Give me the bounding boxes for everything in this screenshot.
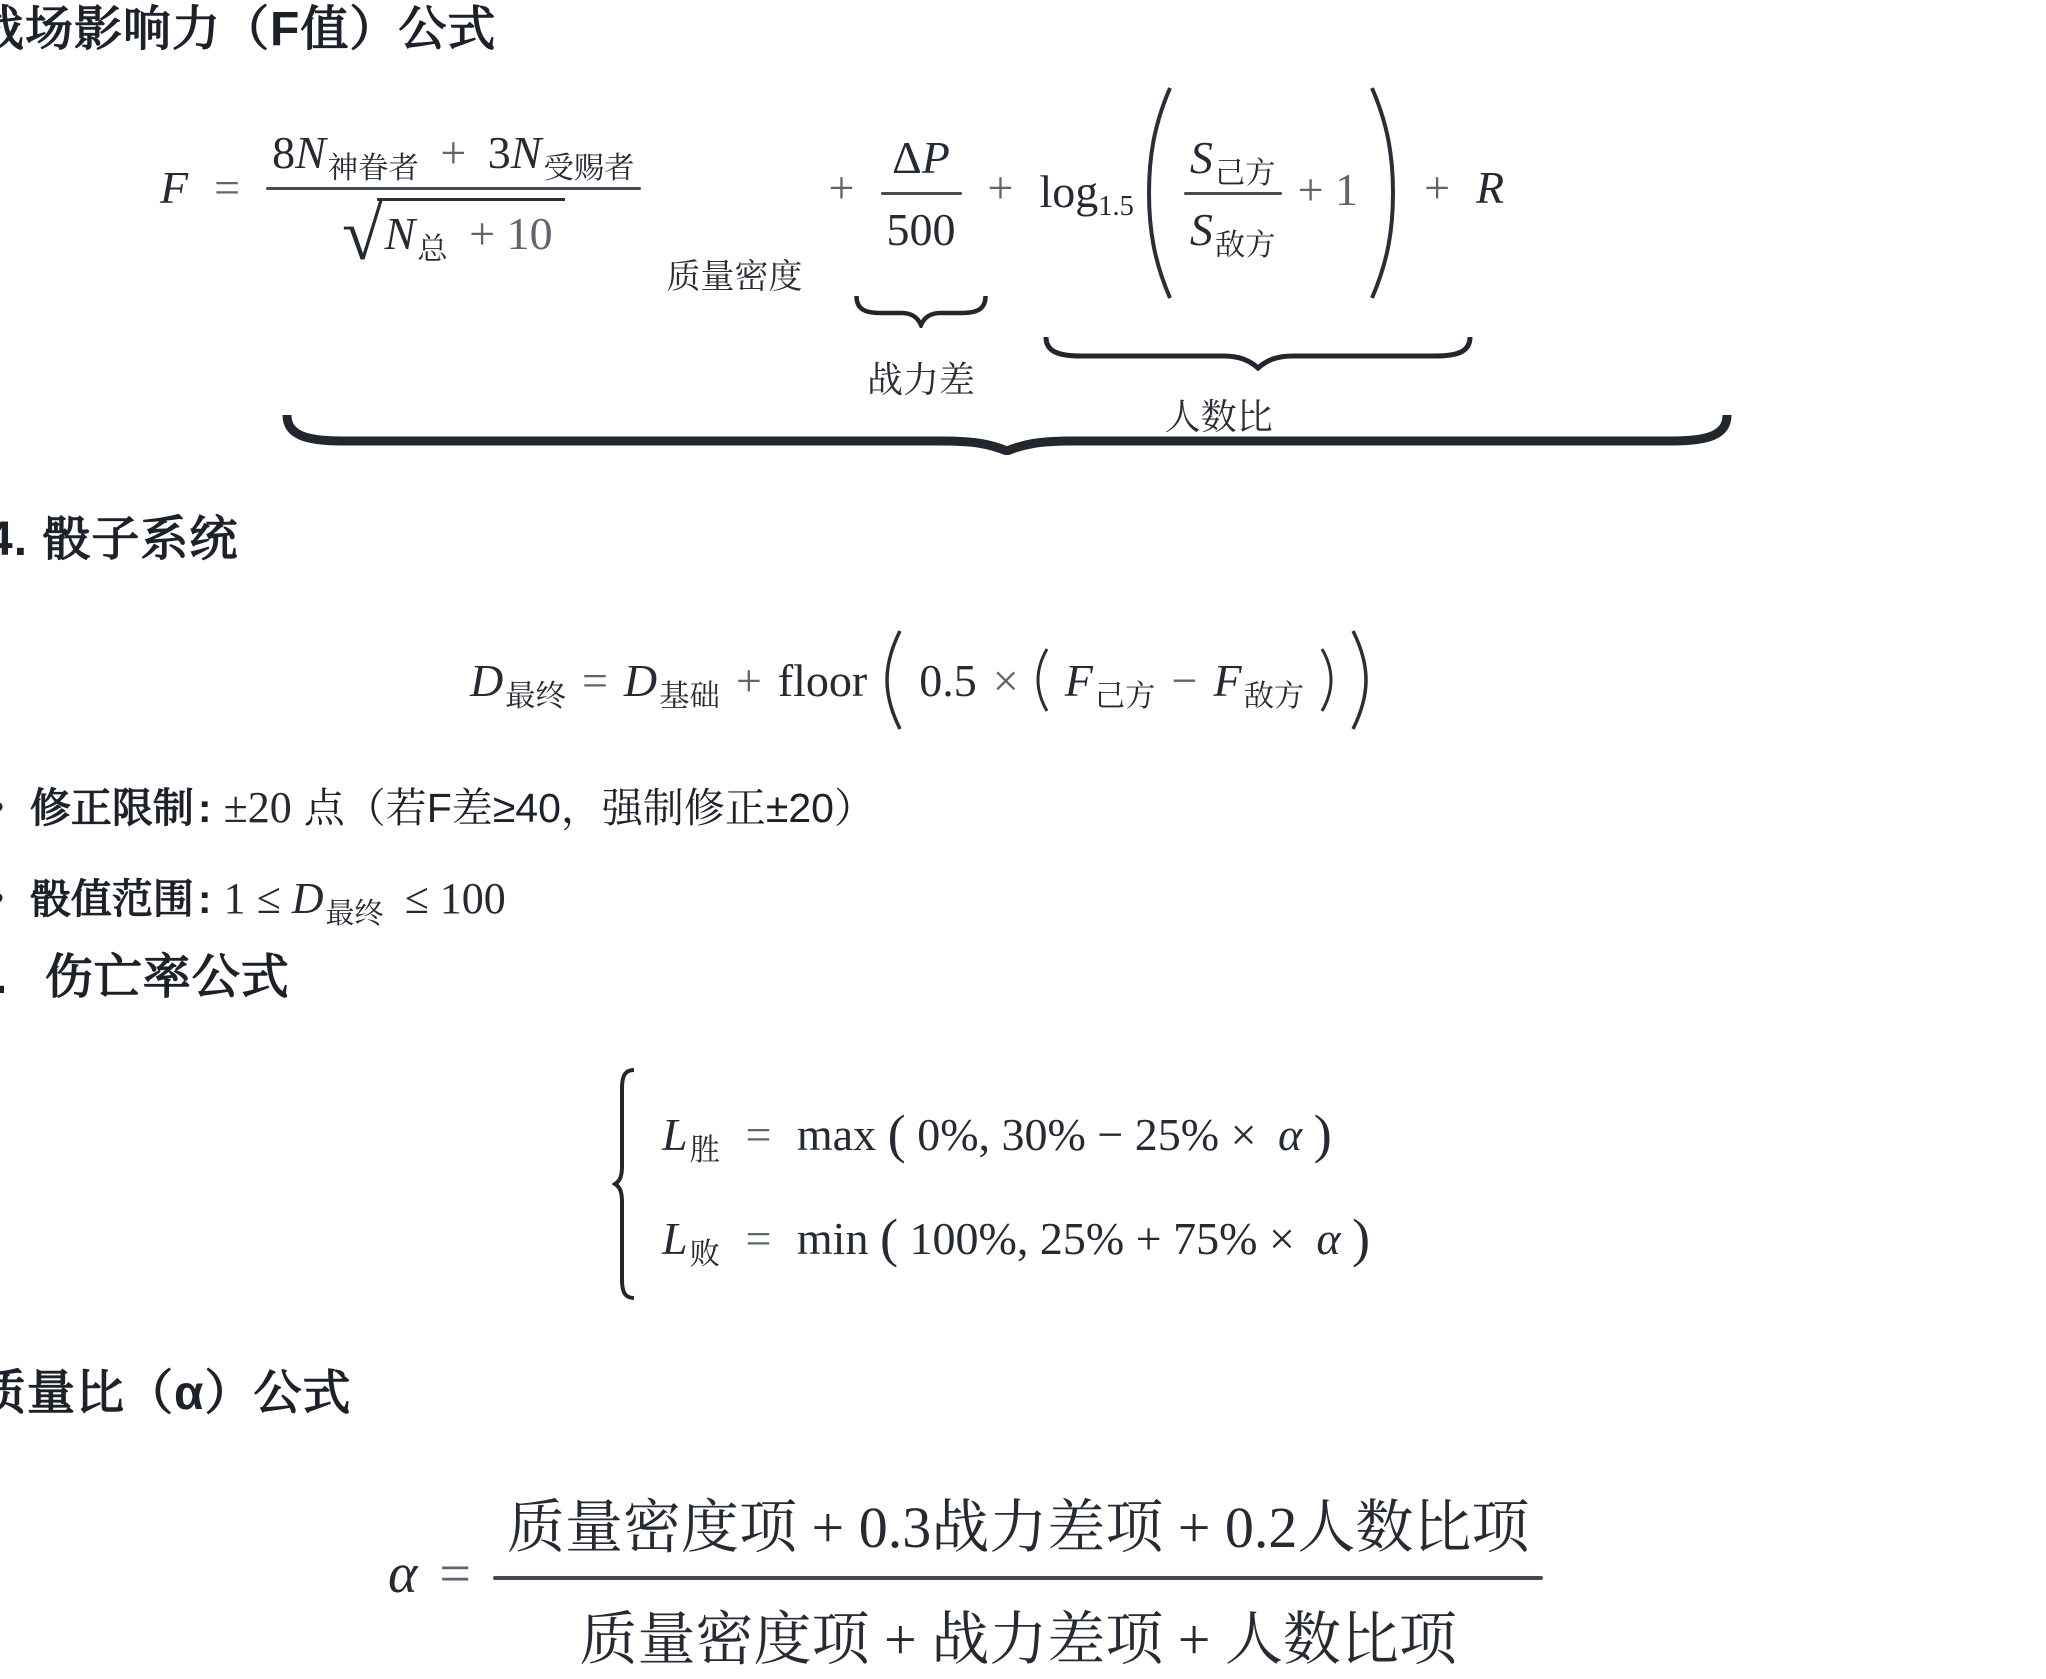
coef-3: 3 — [488, 127, 511, 178]
f-frac-deltap-numerator: ΔP — [886, 131, 956, 184]
alpha-denominator: 质量密度项 + 战力差项 + 人数比项 — [566, 1588, 1471, 1676]
f-op1: + — [829, 161, 855, 214]
f-equals: = — [214, 161, 240, 214]
var-d-base: D — [624, 655, 657, 706]
log-word: log — [1039, 166, 1098, 217]
sub-zong: 总 — [417, 232, 447, 266]
var-alpha: α — [1316, 1213, 1340, 1264]
fraction-bar — [266, 187, 640, 190]
fn-max: max — [797, 1109, 876, 1160]
alpha-numerator: 质量密度项 + 0.3战力差项 + 0.2人数比项 — [493, 1480, 1543, 1568]
var-n2: N — [511, 127, 542, 178]
radicand: N总 + 10 — [377, 198, 565, 260]
alpha-fraction: 质量密度项 + 0.3战力差项 + 0.2人数比项 质量密度项 + 战力差项 +… — [493, 1480, 1543, 1676]
range-lower: 1 ≤ — [224, 874, 281, 923]
floor-word: floor — [778, 654, 867, 707]
underbrace-whole-formula — [282, 413, 1732, 455]
sub-jifang: 己方 — [1215, 156, 1276, 190]
sub-jichu: 基础 — [659, 679, 720, 713]
bullet-colon: : — [198, 785, 212, 832]
underbrace-headcount-ratio — [1043, 335, 1473, 371]
left-paren-inner — [1035, 647, 1049, 713]
case-body: 100%, 25% + 75% × — [910, 1213, 1295, 1264]
sub-shenjuanzhe: 神眷者 — [328, 151, 419, 185]
bullet-label: 修正限制 — [30, 775, 194, 834]
var-d-final: D — [292, 874, 324, 923]
f-term-power-diff: ΔP 500 战力差 — [881, 131, 962, 256]
term-r: R — [1476, 161, 1504, 214]
bullet-correction-limit: • 修正限制 : ±20 点（若F差≥40，强制修正±20） — [0, 775, 875, 834]
log-base: 1.5 — [1098, 191, 1134, 222]
left-paren-large — [1144, 85, 1174, 301]
var-p: P — [922, 132, 950, 183]
bullet-dice-range: • 骰值范围 : 1 ≤ D最终 ≤ 100 — [0, 866, 518, 925]
log-function: log1.5 — [1039, 165, 1133, 218]
plus-num: + — [440, 127, 466, 178]
f-lhs: F — [160, 161, 188, 214]
right-paren-large — [1368, 85, 1398, 301]
right-paren-floor — [1350, 629, 1370, 731]
case-body: 0%, 30% − 25% × — [917, 1109, 1256, 1160]
var-n-total: N — [385, 208, 416, 259]
var-l-lose: L — [662, 1213, 688, 1264]
f-formula: F = 8N神眷者 + 3N受赐者 √ N总 + 10 质量密度 + ΔP 50… — [160, 78, 1504, 308]
f-enemy: F敌方 — [1213, 654, 1304, 707]
sub-shoucizhe: 受赐者 — [543, 151, 634, 185]
var-n1: N — [295, 127, 326, 178]
label-power-diff: 战力差 — [867, 352, 975, 403]
right-paren-inner — [1320, 647, 1334, 713]
f-op3: + — [1424, 161, 1450, 214]
sub-jifang: 己方 — [1095, 679, 1156, 713]
d-equals: = — [582, 654, 608, 707]
f-frac-strength-denominator: S敌方 — [1184, 203, 1282, 256]
left-paren: ( — [888, 1104, 906, 1164]
d-plus: + — [736, 654, 762, 707]
bullet-label: 骰值范围 — [30, 866, 194, 925]
section-heading-dice: 4. 骰子系统 — [0, 510, 238, 570]
page-title: 战场影响力（F值）公式 — [0, 0, 496, 60]
section-heading-casualty: . 伤亡率公式 — [0, 948, 290, 1008]
fn-min: min — [797, 1213, 869, 1264]
sub-zuizhong: 最终 — [326, 898, 384, 930]
range-upper: ≤ 100 — [405, 874, 506, 923]
f-frac-strength-numerator: S己方 — [1184, 131, 1282, 184]
alpha-formula: α = 质量密度项 + 0.3战力差项 + 0.2人数比项 质量密度项 + 战力… — [388, 1478, 1543, 1678]
var-s-own: S — [1190, 132, 1213, 183]
heading-text: 伤亡率公式 — [45, 951, 290, 1004]
var-f-own: F — [1065, 655, 1093, 706]
d-final: D最终 — [470, 654, 566, 707]
case-equals: = — [745, 1109, 771, 1160]
f-frac-quality-denominator: √ N总 + 10 — [336, 198, 571, 260]
right-paren: ) — [1352, 1208, 1370, 1268]
sub-difang: 敌方 — [1244, 679, 1305, 713]
times-sign: × — [993, 654, 1019, 707]
f-frac-quality: 8N神眷者 + 3N受赐者 √ N总 + 10 — [266, 126, 640, 260]
heading-number-dot: . — [0, 951, 8, 1004]
coef-half: 0.5 — [919, 654, 977, 707]
left-paren-floor — [883, 629, 903, 731]
left-curly-brace — [612, 1068, 638, 1300]
var-s-enemy: S — [1190, 204, 1213, 255]
f-frac-strength: S己方 S敌方 — [1184, 131, 1282, 256]
sub-sheng: 胜 — [690, 1133, 720, 1167]
f-term-ratio: log1.5 S己方 S敌方 + 1 人数比 — [1039, 85, 1398, 301]
right-paren: ) — [1314, 1104, 1332, 1164]
case-win: L胜 = max ( 0%, 30% − 25% × α ) — [662, 1101, 1370, 1163]
cases-column: L胜 = max ( 0%, 30% − 25% × α ) L败 = min … — [662, 1101, 1370, 1267]
sub-bai: 败 — [690, 1237, 720, 1271]
d-base: D基础 — [624, 654, 720, 707]
label-quality-density: 质量密度 — [667, 249, 803, 298]
bullet-math-range: 1 ≤ D最终 ≤ 100 — [224, 873, 506, 924]
bullet-math-pm20: ±20 — [224, 782, 292, 833]
f-op2: + — [988, 161, 1014, 214]
delta-symbol: Δ — [892, 132, 922, 183]
fraction-bar — [493, 1576, 1543, 1580]
f-frac-deltap: ΔP 500 — [881, 131, 962, 256]
minus-sign: − — [1172, 654, 1198, 707]
f-own: F己方 — [1065, 654, 1156, 707]
dice-formula: D最终 = D基础 + floor 0.5 × F己方 − F敌方 — [470, 630, 1370, 730]
underbrace-power-diff — [854, 294, 989, 328]
var-f-enemy: F — [1213, 655, 1241, 706]
var-d-final: D — [470, 655, 503, 706]
var-alpha: α — [1278, 1109, 1302, 1160]
plus-one: + 1 — [1298, 163, 1358, 216]
sub-difang: 敌方 — [1215, 228, 1276, 262]
fraction-bar — [881, 192, 962, 195]
coef-8: 8 — [272, 127, 295, 178]
bullet-text: 点（若F差≥40，强制修正±20） — [304, 775, 875, 834]
left-paren: ( — [880, 1208, 898, 1268]
case-equals: = — [745, 1213, 771, 1264]
f-frac-quality-numerator: 8N神眷者 + 3N受赐者 — [266, 126, 640, 179]
var-l-win: L — [662, 1109, 688, 1160]
bullet-colon: : — [198, 876, 212, 923]
radical-sign: √ — [342, 206, 383, 265]
var-alpha-lhs: α — [388, 1542, 417, 1606]
plus-10: + 10 — [469, 208, 552, 259]
alpha-equals: = — [439, 1542, 471, 1606]
case-lose: L败 = min ( 100%, 25% + 75% × α ) — [662, 1205, 1370, 1267]
bullet-dot: • — [0, 788, 4, 827]
fraction-bar — [1184, 192, 1282, 195]
casualty-cases: L胜 = max ( 0%, 30% − 25% × α ) L败 = min … — [612, 1066, 1370, 1302]
f-frac-deltap-denominator: 500 — [881, 203, 962, 256]
section-heading-alpha: 质量比（α）公式 — [0, 1364, 352, 1424]
sub-zuizhong: 最终 — [505, 679, 566, 713]
bullet-dot: • — [0, 879, 4, 918]
